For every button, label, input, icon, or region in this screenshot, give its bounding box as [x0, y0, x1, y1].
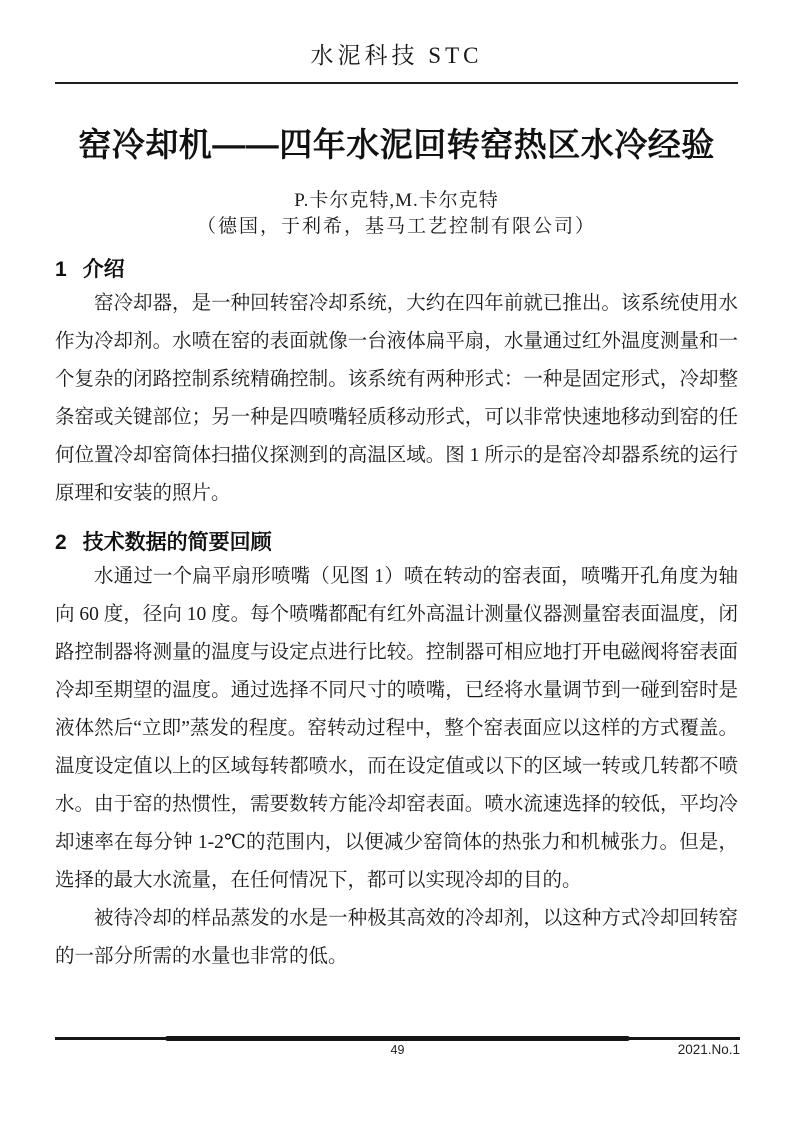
issue-label: 2021.No.1: [678, 1041, 740, 1059]
journal-title: 水泥科技 STC: [55, 0, 738, 70]
header-rule: [55, 82, 738, 84]
page-footer: 49 2021.No.1: [55, 1037, 740, 1061]
section-technical-data: 2技术数据的简要回顾 水通过一个扁平扇形喷嘴（见图 1）喷在转动的窑表面，喷嘴开…: [55, 528, 738, 976]
article-affiliation: （德国，于利希，基马工艺控制有限公司）: [55, 214, 738, 240]
section-introduction: 1介绍 窑冷却器，是一种回转窑冷却系统，大约在四年前就已推出。该系统使用水作为冷…: [55, 255, 738, 513]
section-number: 2: [55, 528, 67, 558]
section-title: 技术数据的简要回顾: [83, 531, 272, 554]
page-number: 49: [55, 1041, 740, 1059]
document-page: 水泥科技 STC 窑冷却机——四年水泥回转窑热区水冷经验 P.卡尔克特,M.卡尔…: [0, 0, 793, 1122]
paragraph-intro-1: 窑冷却器，是一种回转窑冷却系统，大约在四年前就已推出。该系统使用水作为冷却剂。水…: [55, 285, 738, 513]
section-heading-technical-data: 2技术数据的简要回顾: [55, 528, 738, 558]
paragraph-technical-2: 被待冷却的样品蒸发的水是一种极其高效的冷却剂，以这种方式冷却回转窑的一部分所需的…: [55, 900, 738, 976]
footer-row: 49 2021.No.1: [55, 1041, 740, 1061]
section-number: 1: [55, 255, 67, 285]
paragraph-technical-1: 水通过一个扁平扇形喷嘴（见图 1）喷在转动的窑表面，喷嘴开孔角度为轴向 60 度…: [55, 558, 738, 900]
section-heading-introduction: 1介绍: [55, 255, 738, 285]
section-title: 介绍: [83, 258, 125, 281]
footer-rule: [55, 1037, 740, 1040]
article-authors: P.卡尔克特,M.卡尔克特: [55, 188, 738, 214]
running-head: 水泥科技 STC: [55, 0, 738, 84]
article-title: 窑冷却机——四年水泥回转窑热区水冷经验: [55, 124, 738, 166]
